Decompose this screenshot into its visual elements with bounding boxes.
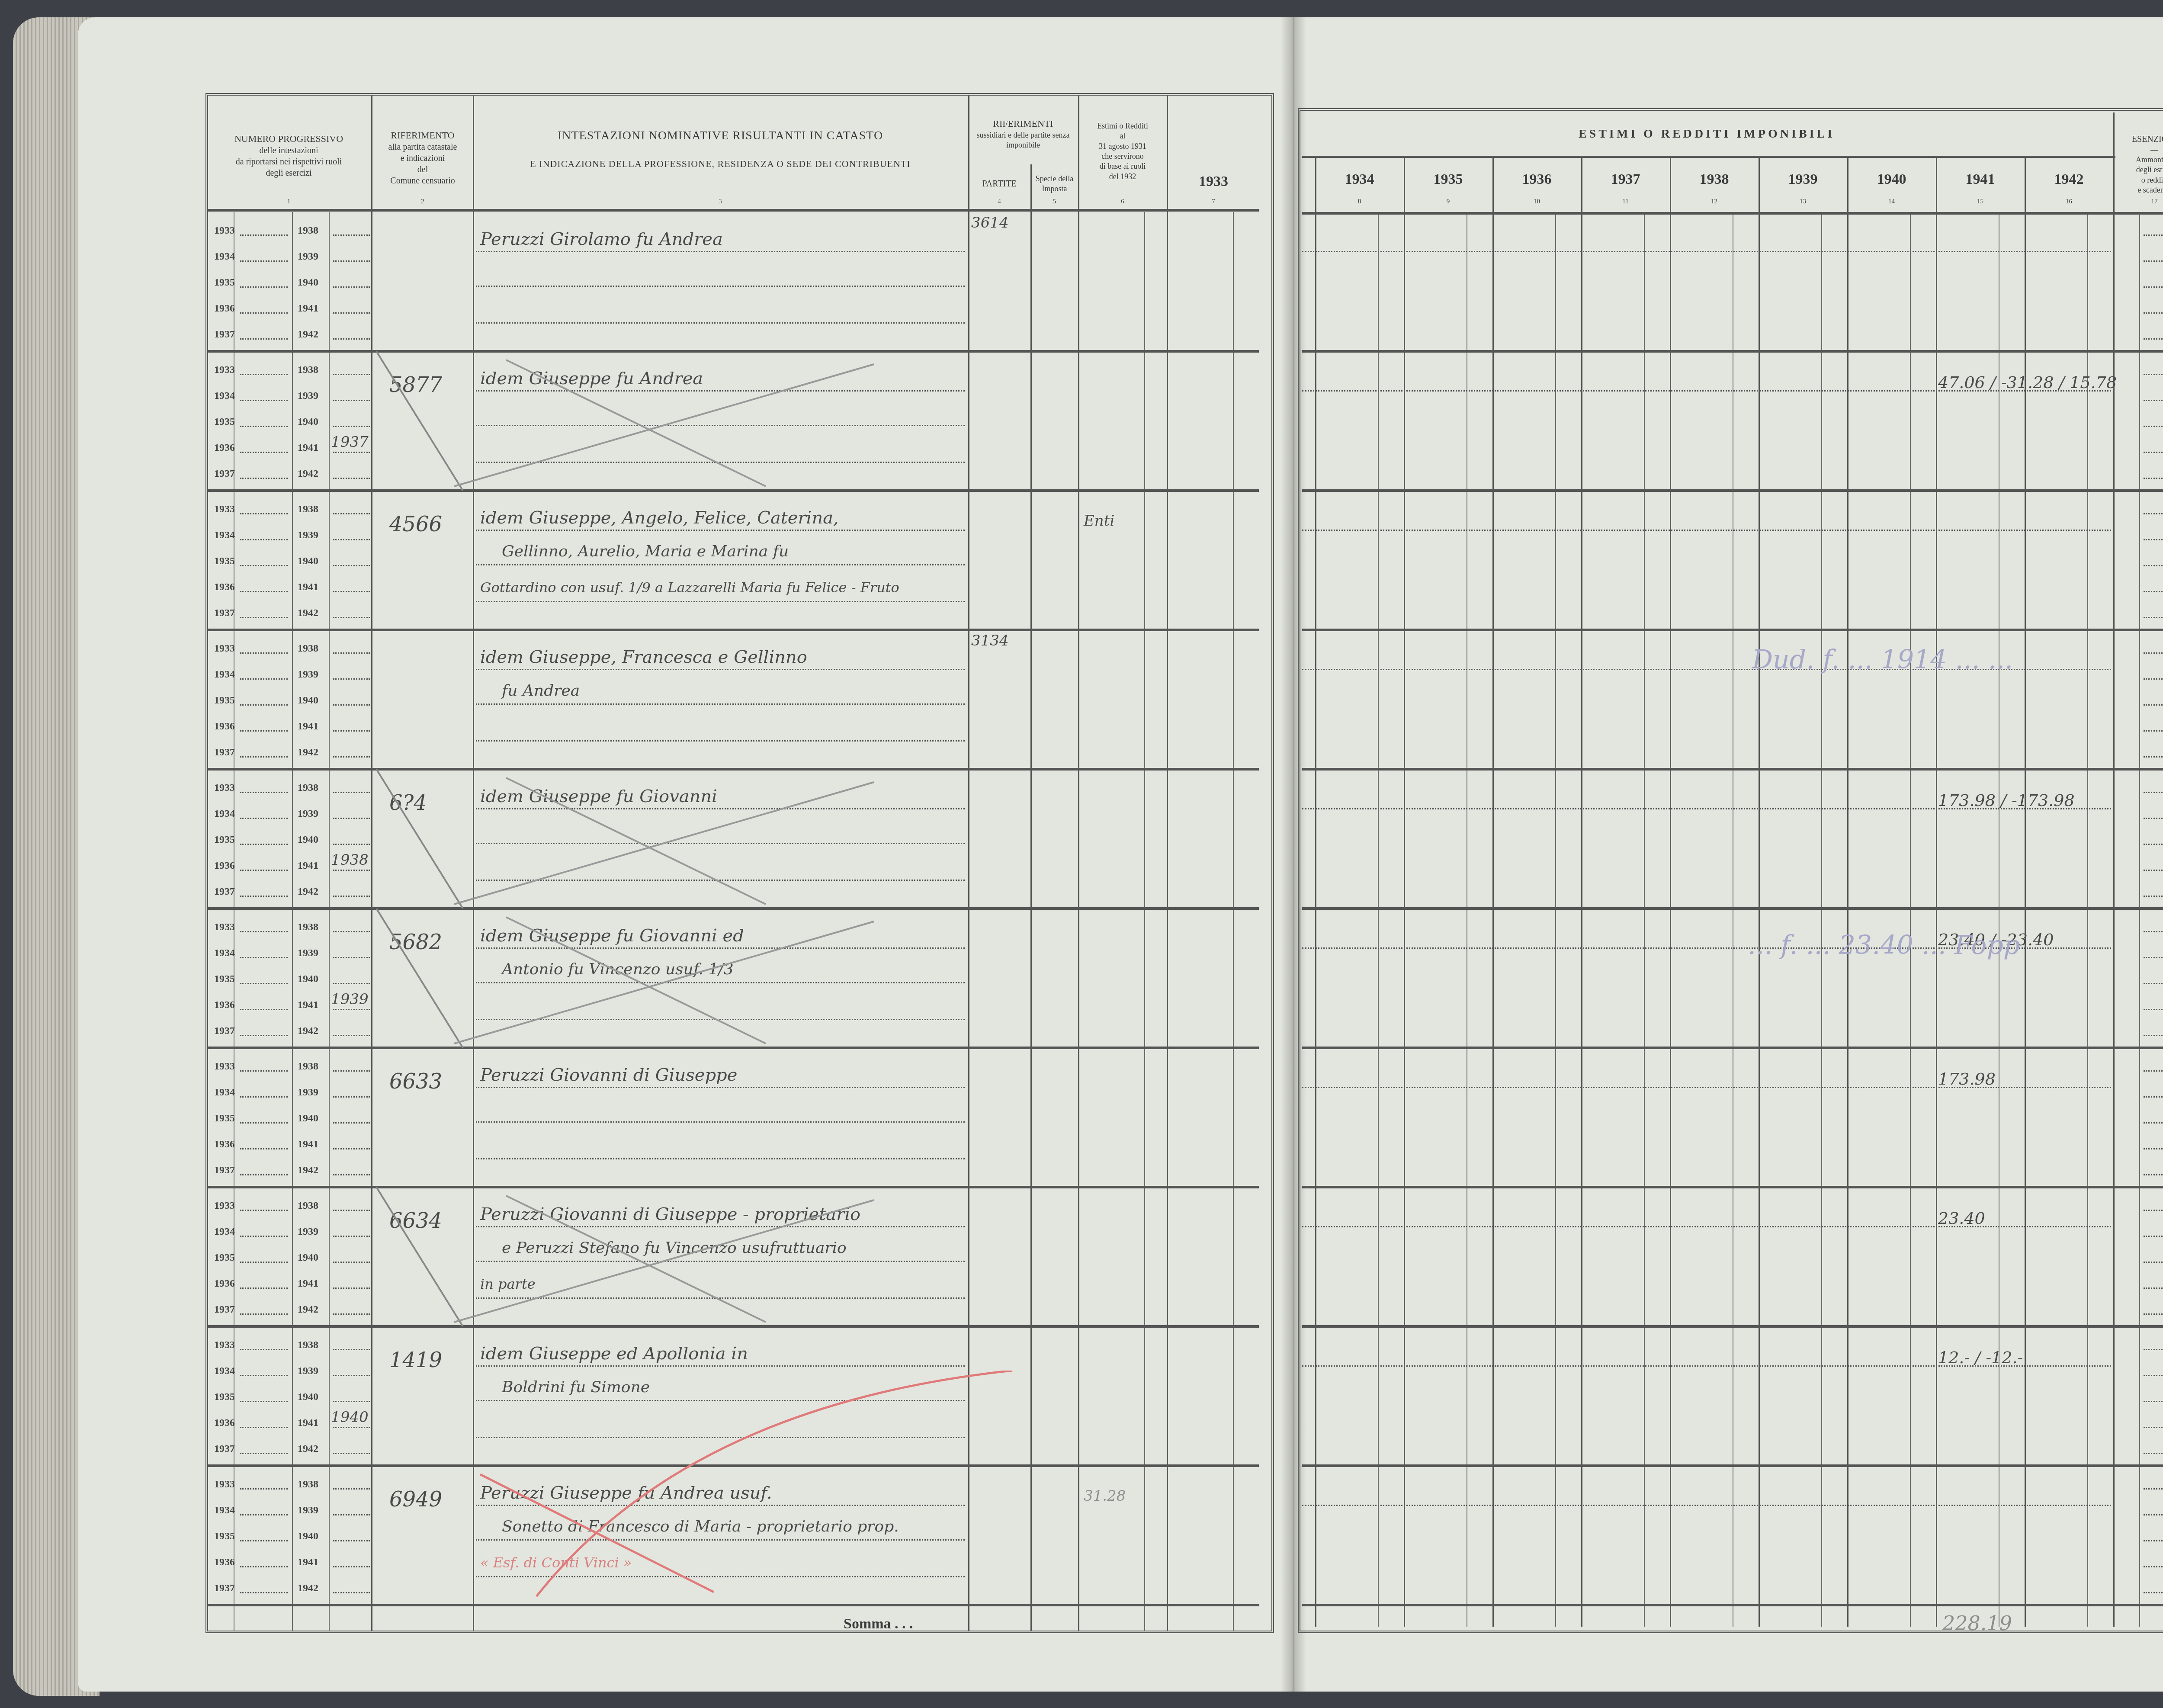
- header-partite: PARTITE: [969, 164, 1030, 203]
- column-number: 12: [1670, 198, 1759, 205]
- dotted-line: [240, 896, 288, 897]
- writing-line: [1302, 1505, 2111, 1506]
- dotted-line: [2144, 286, 2163, 288]
- dotted-line: [2144, 1349, 2163, 1350]
- column-number: 6: [1079, 198, 1166, 205]
- year-label: 1934: [214, 390, 235, 402]
- dotted-line: [2144, 957, 2163, 958]
- dotted-line: [240, 1262, 288, 1263]
- dotted-line: [240, 312, 288, 314]
- partita-number: 6949: [389, 1487, 442, 1512]
- entry-separator: [208, 1325, 1259, 1328]
- dotted-line: [333, 756, 370, 758]
- header-riferimenti-sussidiari: RIFERIMENTI sussidiari e delle partite s…: [969, 108, 1077, 160]
- year-label: 1934: [214, 669, 235, 681]
- year-label: 1941: [298, 999, 318, 1011]
- partita-number: 6634: [389, 1209, 442, 1233]
- column-divider: [329, 212, 330, 1631]
- dotted-line: [2144, 1236, 2163, 1237]
- year-label: 1939: [298, 1087, 318, 1098]
- dotted-line: [2144, 818, 2163, 819]
- year-label: 1936: [214, 1139, 235, 1150]
- column-divider: [1492, 158, 1494, 1627]
- owner-name-cont: in parte: [480, 1276, 536, 1292]
- writing-line: [476, 1576, 965, 1577]
- dotted-line: [333, 870, 370, 871]
- year-label: 1939: [298, 251, 318, 263]
- column-number: 9: [1404, 198, 1492, 205]
- dotted-line: [333, 286, 370, 288]
- year-label: 1937: [214, 607, 235, 619]
- column-number: 5: [1032, 198, 1077, 205]
- dotted-line: [240, 792, 288, 793]
- dotted-line: [333, 1262, 370, 1263]
- year-label: 1942: [298, 607, 318, 619]
- header-year-1933: 1933: [1168, 164, 1259, 199]
- writing-line: [1302, 251, 2111, 252]
- header-year-1940: 1940: [1847, 162, 1936, 197]
- dotted-line: [333, 1122, 370, 1124]
- dotted-line: [240, 678, 288, 680]
- year-label: 1935: [214, 555, 235, 567]
- dotted-line: [2144, 374, 2163, 375]
- entry-separator: [208, 1464, 1259, 1467]
- year-label: 1936: [214, 581, 235, 593]
- column-divider: [1999, 214, 1999, 1627]
- owner-name: idem Giuseppe fu Andrea: [480, 369, 703, 388]
- dotted-line: [2144, 513, 2163, 514]
- dotted-line: [240, 234, 288, 236]
- dotted-line: [333, 312, 370, 314]
- writing-line: [476, 1261, 965, 1262]
- dotted-line: [2144, 452, 2163, 453]
- dotted-line: [2144, 844, 2163, 845]
- owner-name-cont: Antonio fu Vincenzo usuf. 1/3: [502, 960, 734, 978]
- dotted-line: [2144, 1592, 2163, 1593]
- column-divider: [1167, 95, 1168, 1631]
- year-label: 1940: [298, 1113, 318, 1124]
- year-label: 1936: [214, 1417, 235, 1429]
- rif-partite: 3614: [971, 214, 1009, 231]
- year-label: 1935: [214, 695, 235, 706]
- somma-1941-value: 228.19: [1942, 1612, 2012, 1635]
- partita-number: 1419: [389, 1348, 442, 1372]
- writing-line: [476, 843, 965, 844]
- year-label: 1937: [214, 1304, 235, 1316]
- dotted-line: [240, 1070, 288, 1072]
- writing-line: [476, 703, 965, 705]
- dotted-line: [333, 730, 370, 732]
- year-label: 1939: [298, 530, 318, 541]
- column-number: 2: [373, 198, 472, 205]
- header-estimi-imponibili: ESTIMI O REDDITI IMPONIBILI: [1302, 117, 2111, 151]
- year-label: 1940: [298, 1252, 318, 1264]
- column-number: 8: [1315, 198, 1404, 205]
- year-label: 1942: [298, 468, 318, 480]
- year-label: 1934: [214, 1365, 235, 1377]
- entry-separator: [1302, 1325, 2163, 1328]
- writing-line: [476, 1121, 965, 1123]
- dotted-line: [333, 652, 370, 654]
- dotted-line: [2144, 617, 2163, 618]
- entry-separator: [1302, 1047, 2163, 1049]
- writing-line: [476, 1400, 965, 1401]
- writing-line: [476, 1158, 965, 1159]
- year-label: 1939: [298, 390, 318, 402]
- writing-line: [476, 601, 965, 602]
- entry-separator: [1302, 1186, 2163, 1188]
- column-divider: [1581, 158, 1582, 1627]
- header-year-1936: 1936: [1492, 162, 1581, 197]
- owner-name-cont: fu Andrea: [502, 682, 580, 700]
- entry-separator: [1302, 629, 2163, 631]
- dotted-line: [2144, 426, 2163, 427]
- year-label: 1942: [298, 1443, 318, 1455]
- year-label: 1942: [298, 1583, 318, 1594]
- specie-imposta: Enti: [1084, 512, 1114, 530]
- header-year-1942: 1942: [2025, 162, 2113, 197]
- year-label: 1936: [214, 1278, 235, 1290]
- dotted-line: [333, 1009, 370, 1010]
- header-year-1937: 1937: [1581, 162, 1670, 197]
- year-label: 1942: [298, 1025, 318, 1037]
- year-label: 1933: [214, 364, 235, 376]
- writing-line: [476, 1539, 965, 1541]
- owner-name-cont: Gellinno, Aurelio, Maria e Marina fu: [502, 543, 789, 560]
- entry-separator: [1302, 350, 2163, 353]
- writing-line: [476, 982, 965, 983]
- dotted-line: [2144, 896, 2163, 897]
- year-label: 1933: [214, 1061, 235, 1072]
- year-label: 1942: [298, 1165, 318, 1176]
- year-label: 1938: [298, 921, 318, 933]
- dotted-line: [2144, 338, 2163, 340]
- dotted-line: [333, 1287, 370, 1289]
- column-divider: [1644, 214, 1645, 1627]
- value-1941: 12.- / -12.-: [1938, 1348, 2023, 1367]
- year-label: 1937: [214, 747, 235, 758]
- owner-name-cont: Gottardino con usuf. 1/9 a Lazzarelli Ma…: [480, 579, 899, 596]
- dotted-line: [333, 400, 370, 401]
- right-register-table: [1298, 108, 2163, 1633]
- column-divider: [1555, 214, 1556, 1627]
- year-label: 1935: [214, 1391, 235, 1403]
- column-number: 11: [1581, 198, 1670, 205]
- dotted-line: [2144, 983, 2163, 984]
- entry-separator: [208, 350, 1259, 353]
- year-label: 1942: [298, 747, 318, 758]
- dotted-line: [240, 957, 288, 958]
- entry-separator: [208, 1047, 1259, 1049]
- year-label: 1937: [214, 886, 235, 898]
- dotted-line: [333, 452, 370, 453]
- dotted-line: [240, 704, 288, 706]
- owner-name-cont: e Peruzzi Stefano fu Vincenzo usufruttua…: [502, 1239, 847, 1257]
- header-specie-imposta: Specie della Imposta: [1032, 164, 1077, 203]
- year-label: 1933: [214, 921, 235, 933]
- column-number: 17: [2115, 198, 2163, 205]
- year-label: 1935: [214, 416, 235, 428]
- dotted-line: [240, 1349, 288, 1350]
- year-label: 1933: [214, 504, 235, 515]
- column-divider: [1144, 212, 1145, 1631]
- dotted-line: [333, 617, 370, 618]
- dotted-line: [240, 1375, 288, 1376]
- year-label: 1933: [214, 1200, 235, 1212]
- year-label: 1936: [214, 999, 235, 1011]
- owner-name-cont: « Esf. di Conti Vinci »: [480, 1554, 632, 1571]
- column-divider: [1315, 158, 1316, 1627]
- writing-line: [476, 462, 965, 463]
- dotted-line: [2144, 1262, 2163, 1263]
- owner-name: Peruzzi Giovanni di Giuseppe: [480, 1065, 737, 1085]
- partita-number: 6633: [389, 1069, 442, 1094]
- dotted-line: [333, 478, 370, 479]
- dotted-line: [240, 1210, 288, 1211]
- dotted-line: [333, 1349, 370, 1350]
- dotted-line: [333, 1236, 370, 1237]
- dotted-line: [2144, 312, 2163, 314]
- dotted-line: [2144, 704, 2163, 706]
- dotted-line: [333, 1210, 370, 1211]
- dotted-line: [333, 260, 370, 262]
- year-label: 1941: [298, 581, 318, 593]
- dotted-line: [333, 1514, 370, 1515]
- dotted-line: [240, 452, 288, 453]
- column-divider: [1078, 95, 1079, 1631]
- dotted-line: [2144, 730, 2163, 732]
- column-divider: [968, 95, 969, 1631]
- writing-line: [476, 1505, 965, 1506]
- dotted-line: [240, 400, 288, 401]
- dotted-line: [2144, 1427, 2163, 1428]
- cancellation-year: 1937: [331, 433, 369, 451]
- dotted-line: [2144, 539, 2163, 540]
- somma-label: Somma . . .: [844, 1616, 913, 1632]
- header-year-1938: 1938: [1670, 162, 1759, 197]
- year-label: 1940: [298, 834, 318, 846]
- dotted-line: [2144, 234, 2163, 236]
- dotted-line: [240, 374, 288, 375]
- entry-separator: [208, 489, 1259, 492]
- owner-name: idem Giuseppe fu Giovanni ed: [480, 926, 744, 946]
- dotted-line: [2144, 1566, 2163, 1567]
- dotted-line: [240, 1148, 288, 1149]
- year-label: 1941: [298, 860, 318, 872]
- year-label: 1940: [298, 416, 318, 428]
- owner-name: idem Giuseppe fu Giovanni: [480, 787, 717, 806]
- dotted-line: [2144, 260, 2163, 262]
- column-number: 14: [1847, 198, 1936, 205]
- dotted-line: [2144, 1453, 2163, 1454]
- year-label: 1936: [214, 303, 235, 315]
- dotted-line: [2144, 1122, 2163, 1124]
- dotted-line: [240, 426, 288, 427]
- dotted-line: [2144, 1210, 2163, 1211]
- year-label: 1938: [298, 1479, 318, 1490]
- dotted-line: [333, 234, 370, 236]
- year-label: 1937: [214, 1165, 235, 1176]
- dotted-line: [333, 591, 370, 592]
- header-riferimento: RIFERIMENTO alla partita catastale e ind…: [373, 108, 472, 208]
- column-number: 15: [1936, 198, 2025, 205]
- year-label: 1940: [298, 695, 318, 706]
- column-divider: [371, 95, 372, 1631]
- dotted-line: [240, 1313, 288, 1315]
- year-label: 1937: [214, 1583, 235, 1594]
- year-label: 1934: [214, 251, 235, 263]
- dotted-line: [333, 957, 370, 958]
- year-label: 1939: [298, 669, 318, 681]
- dotted-line: [240, 844, 288, 845]
- writing-line: [476, 947, 965, 949]
- partita-number: 4566: [389, 512, 442, 536]
- column-divider: [1378, 214, 1379, 1627]
- writing-line: [476, 808, 965, 809]
- year-label: 1934: [214, 947, 235, 959]
- entry-separator: [1302, 1464, 2163, 1467]
- entry-separator: [208, 907, 1259, 910]
- dotted-line: [333, 1375, 370, 1376]
- year-label: 1937: [214, 1025, 235, 1037]
- year-label: 1941: [298, 721, 318, 732]
- dotted-line: [2144, 478, 2163, 479]
- dotted-line: [2144, 756, 2163, 758]
- year-label: 1941: [298, 1139, 318, 1150]
- column-number: 3: [474, 198, 967, 205]
- year-label: 1938: [298, 225, 318, 237]
- dotted-line: [333, 565, 370, 566]
- dotted-line: [333, 1070, 370, 1072]
- dotted-line: [2144, 1148, 2163, 1149]
- year-label: 1940: [298, 277, 318, 289]
- entry-separator: [1302, 768, 2163, 771]
- dotted-line: [240, 1401, 288, 1402]
- year-label: 1936: [214, 1557, 235, 1568]
- dotted-line: [333, 844, 370, 845]
- year-label: 1935: [214, 834, 235, 846]
- year-label: 1935: [214, 277, 235, 289]
- column-number: 1: [208, 198, 370, 205]
- dotted-line: [2144, 1174, 2163, 1175]
- writing-line: [476, 564, 965, 565]
- header-year-1939: 1939: [1759, 162, 1847, 197]
- dotted-line: [333, 1592, 370, 1593]
- year-label: 1935: [214, 973, 235, 985]
- header-esenzioni: ESENZIONI — Ammontaredegli estimi o redd…: [2115, 117, 2163, 212]
- column-divider: [1759, 158, 1760, 1627]
- value-1941: 173.98: [1938, 1069, 1996, 1088]
- dotted-line: [333, 983, 370, 984]
- estimi-1931-value: 31.28: [1084, 1487, 1126, 1505]
- year-label: 1940: [298, 973, 318, 985]
- writing-line: [476, 251, 965, 252]
- dotted-line: [2144, 870, 2163, 871]
- year-label: 1938: [298, 1339, 318, 1351]
- dotted-line: [240, 1174, 288, 1175]
- writing-line: [476, 880, 965, 881]
- dotted-line: [2144, 1009, 2163, 1010]
- dotted-line: [2144, 591, 2163, 592]
- dotted-line: [333, 818, 370, 819]
- dotted-line: [333, 896, 370, 897]
- year-label: 1941: [298, 1278, 318, 1290]
- year-label: 1939: [298, 947, 318, 959]
- writing-line: [476, 1365, 965, 1367]
- year-label: 1941: [298, 1557, 318, 1568]
- dotted-line: [2144, 1035, 2163, 1036]
- year-label: 1938: [298, 1061, 318, 1072]
- writing-line: [476, 669, 965, 670]
- dotted-line: [333, 1566, 370, 1567]
- column-divider: [2113, 112, 2115, 1627]
- dotted-line: [240, 1287, 288, 1289]
- value-1941: 23.40: [1938, 1209, 1985, 1228]
- dotted-line: [240, 818, 288, 819]
- writing-line: [476, 322, 965, 324]
- dotted-line: [240, 1453, 288, 1454]
- partita-number: 5682: [389, 930, 442, 954]
- column-divider: [1670, 158, 1671, 1627]
- dotted-line: [2144, 792, 2163, 793]
- dotted-line: [333, 931, 370, 932]
- dotted-line: [2144, 931, 2163, 932]
- column-divider: [1733, 214, 1733, 1627]
- dotted-line: [333, 426, 370, 427]
- writing-line: [1302, 1226, 2111, 1227]
- dotted-line: [2144, 652, 2163, 654]
- column-divider: [1233, 212, 1234, 1631]
- dotted-line: [333, 1148, 370, 1149]
- dotted-line: [333, 539, 370, 540]
- dotted-line: [2144, 1070, 2163, 1072]
- year-label: 1940: [298, 555, 318, 567]
- year-label: 1934: [214, 1087, 235, 1098]
- blue-pencil-note: Dud. f. ... 1914 ... ...: [1752, 645, 2013, 675]
- dotted-line: [2144, 1488, 2163, 1490]
- dotted-line: [240, 1488, 288, 1490]
- header-rule: [1302, 156, 2115, 158]
- dotted-line: [240, 260, 288, 262]
- dotted-line: [2144, 1375, 2163, 1376]
- column-divider: [1910, 214, 1911, 1627]
- year-label: 1939: [298, 808, 318, 820]
- year-label: 1937: [214, 329, 235, 340]
- entry-separator: [208, 768, 1259, 771]
- dotted-line: [333, 1453, 370, 1454]
- header-bottom-rule: [1302, 212, 2163, 215]
- dotted-line: [240, 1514, 288, 1515]
- dotted-line: [2144, 565, 2163, 566]
- year-label: 1936: [214, 442, 235, 454]
- dotted-line: [333, 1174, 370, 1175]
- entry-separator: [208, 629, 1259, 631]
- year-label: 1941: [298, 303, 318, 315]
- writing-line: [476, 1226, 965, 1227]
- header-intestazioni: INTESTAZIONI NOMINATIVE RISULTANTI IN CA…: [474, 121, 967, 177]
- writing-line: [476, 390, 965, 392]
- dotted-line: [333, 1313, 370, 1315]
- header-estimi-1931: Estimi o Redditial31 agosto 1931 che ser…: [1079, 108, 1166, 195]
- partita-number: 5877: [389, 373, 442, 397]
- dotted-line: [240, 591, 288, 592]
- dotted-line: [2144, 1096, 2163, 1098]
- year-label: 1935: [214, 1531, 235, 1542]
- dotted-line: [333, 704, 370, 706]
- dotted-line: [240, 1592, 288, 1593]
- owner-name: Peruzzi Girolamo fu Andrea: [480, 229, 723, 249]
- year-label: 1933: [214, 1479, 235, 1490]
